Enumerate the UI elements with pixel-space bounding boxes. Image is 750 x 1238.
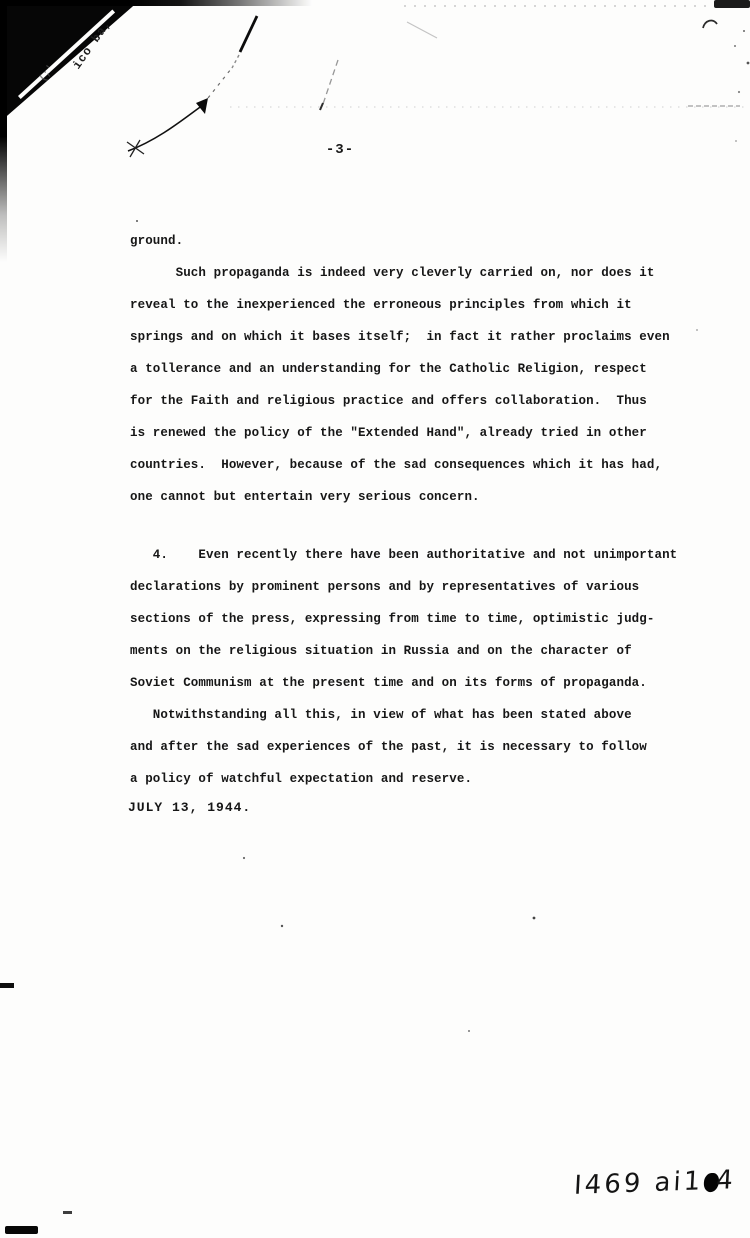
text-line: is renewed the policy of the "Extended H…	[130, 417, 702, 449]
text-line: Notwithstanding all this, in view of wha…	[130, 699, 702, 731]
scratch-mark	[407, 22, 437, 38]
text-line: springs and on which it bases itself; in…	[130, 321, 702, 353]
speck	[747, 62, 750, 65]
text-line: declarations by prominent persons and by…	[130, 571, 702, 603]
speck	[468, 1030, 470, 1032]
left-edge-dash-mark	[0, 983, 14, 988]
speck	[281, 925, 283, 927]
bottom-edge-small-dash	[63, 1211, 72, 1214]
paragraph-propaganda: Such propaganda is indeed very cleverly …	[130, 257, 702, 513]
paragraph-point-4: 4. Even recently there have been authori…	[130, 539, 702, 699]
top-right-smudge	[714, 0, 750, 8]
text-line: and after the sad experiences of the pas…	[130, 731, 702, 763]
folded-corner-black-triangle	[0, 0, 140, 122]
top-right-curl-mark	[703, 21, 717, 28]
text-line: ground.	[130, 225, 702, 257]
pen-stroke-steep	[240, 16, 257, 52]
date-line: JULY 13, 1944.	[128, 800, 251, 815]
text-line: one cannot but entertain very serious co…	[130, 481, 702, 513]
handwritten-prefix: I469 ai1	[573, 1166, 704, 1201]
left-edge-black-strip	[0, 0, 7, 262]
page-number: -3-	[318, 142, 362, 158]
paragraph-continuation: ground.	[130, 225, 702, 257]
speck	[136, 220, 138, 222]
pen-stroke-faint-tail	[232, 55, 239, 68]
text-line: a tollerance and an understanding for th…	[130, 353, 702, 385]
speck	[738, 91, 740, 93]
speck	[243, 857, 245, 859]
text-line: ments on the religious situation in Russ…	[130, 635, 702, 667]
document-body: ground. Such propaganda is indeed very c…	[130, 225, 702, 795]
crease-diagonal-tip	[320, 103, 323, 110]
text-line: sections of the press, expressing from t…	[130, 603, 702, 635]
scanned-document-page: ico ba, (;' -3- ground. Such propaganda …	[0, 0, 750, 1238]
text-line: Such propaganda is indeed very cleverly …	[130, 257, 702, 289]
speck	[743, 30, 745, 32]
bottom-left-corner-mark	[5, 1226, 38, 1234]
top-edge-black-strip	[0, 0, 312, 6]
pen-stroke-dashed-middle	[208, 69, 231, 98]
paragraph-conclusion: Notwithstanding all this, in view of wha…	[130, 699, 702, 795]
text-line: reveal to the inexperienced the erroneou…	[130, 289, 702, 321]
pen-cross-tick	[127, 140, 144, 157]
text-line: countries. However, because of the sad c…	[130, 449, 702, 481]
handwritten-archive-number: I469 ai14	[573, 1165, 736, 1201]
text-line: Soviet Communism at the present time and…	[130, 667, 702, 699]
text-line: 4. Even recently there have been authori…	[130, 539, 702, 571]
handwritten-suffix: 4	[715, 1165, 736, 1196]
speck	[533, 917, 536, 920]
text-line: for the Faith and religious practice and…	[130, 385, 702, 417]
crease-diagonal-faint	[323, 60, 338, 104]
pen-line-curved	[128, 105, 203, 151]
pen-arrowhead	[196, 98, 208, 114]
speck	[734, 45, 736, 47]
text-line: a policy of watchful expectation and res…	[130, 763, 702, 795]
speck	[735, 140, 737, 142]
